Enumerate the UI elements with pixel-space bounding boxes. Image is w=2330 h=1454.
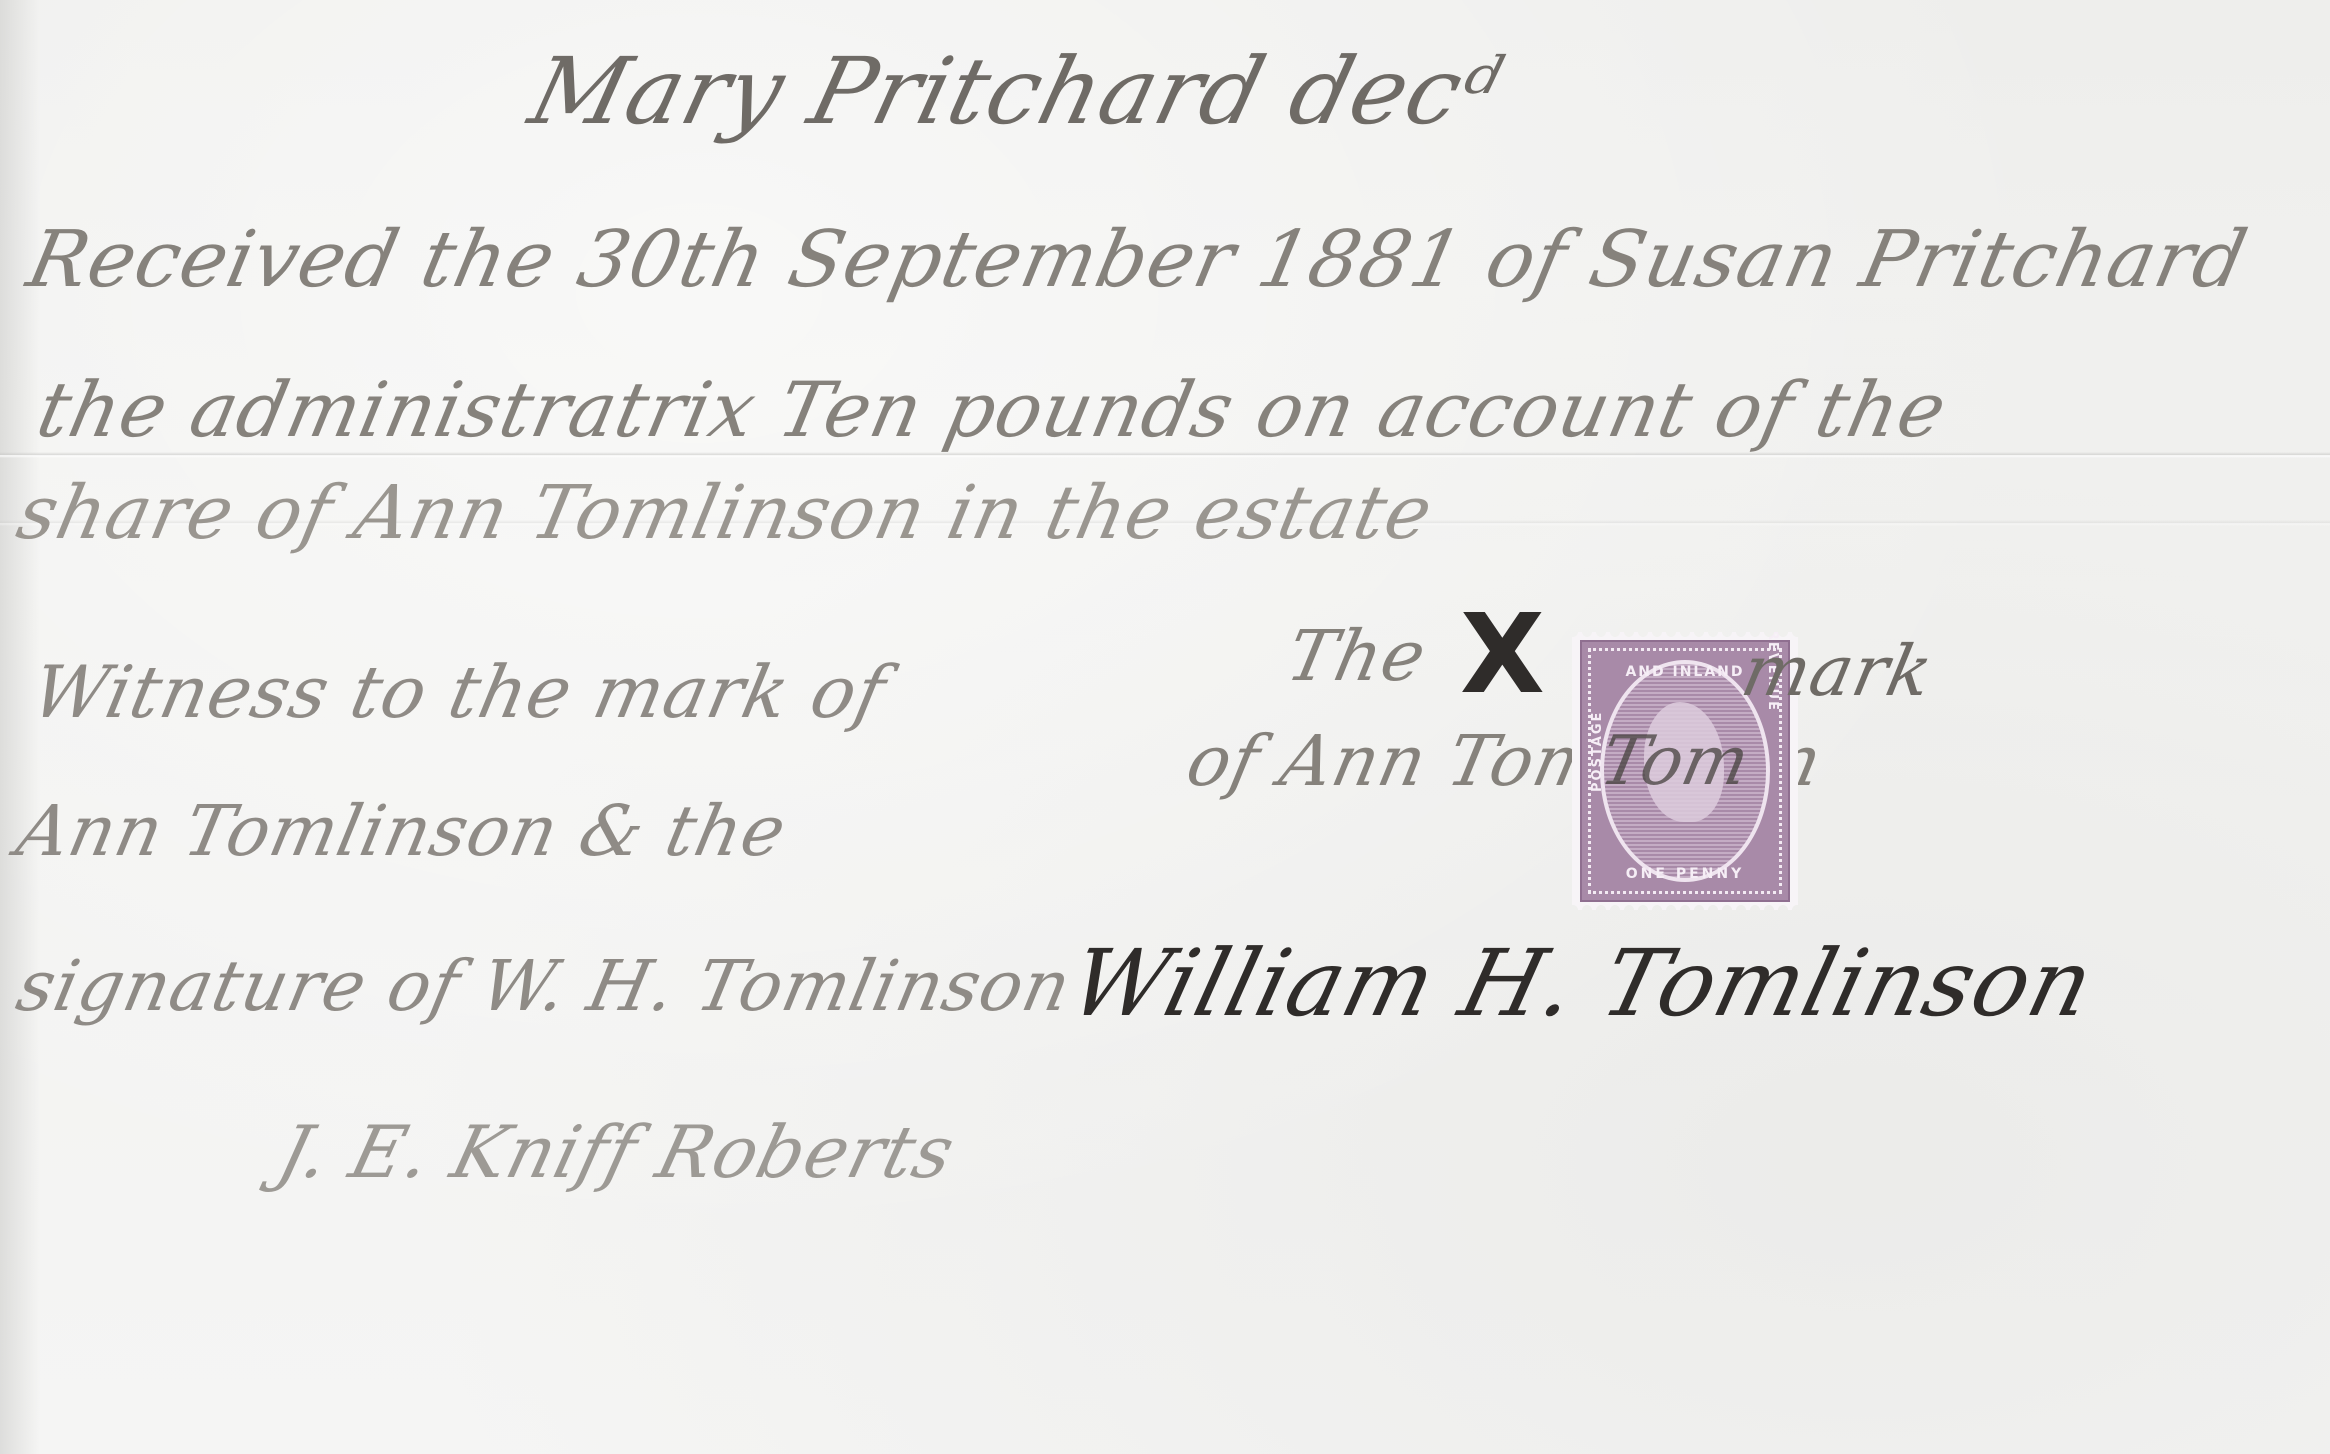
mark-line-1-prefix: The	[1280, 615, 1434, 697]
stamp-text-bottom: ONE PENNY	[1582, 866, 1788, 882]
witness-signature: J. E. Kniff Roberts	[270, 1110, 963, 1194]
body-line-1: Received the 30th September 1881 of Susa…	[20, 215, 2255, 305]
witness-line-3: signature of W. H. Tomlinson	[10, 945, 1079, 1027]
witness-line-1: Witness to the mark of	[25, 650, 893, 734]
stamp-cancellation: Tom	[1594, 722, 1756, 801]
body-line-3: share of Ann Tomlinson in the estate	[10, 470, 1440, 556]
x-mark: X	[1460, 590, 1546, 718]
signature: William H. Tomlinson	[1060, 930, 2104, 1037]
mark-line-1-suffix: mark	[1735, 630, 1940, 712]
document-header: Mary Pritchard decᵈ	[520, 38, 1512, 145]
body-line-2: the administratrix Ten pounds on account…	[30, 365, 1955, 454]
witness-line-2: Ann Tomlinson & the	[10, 790, 794, 872]
